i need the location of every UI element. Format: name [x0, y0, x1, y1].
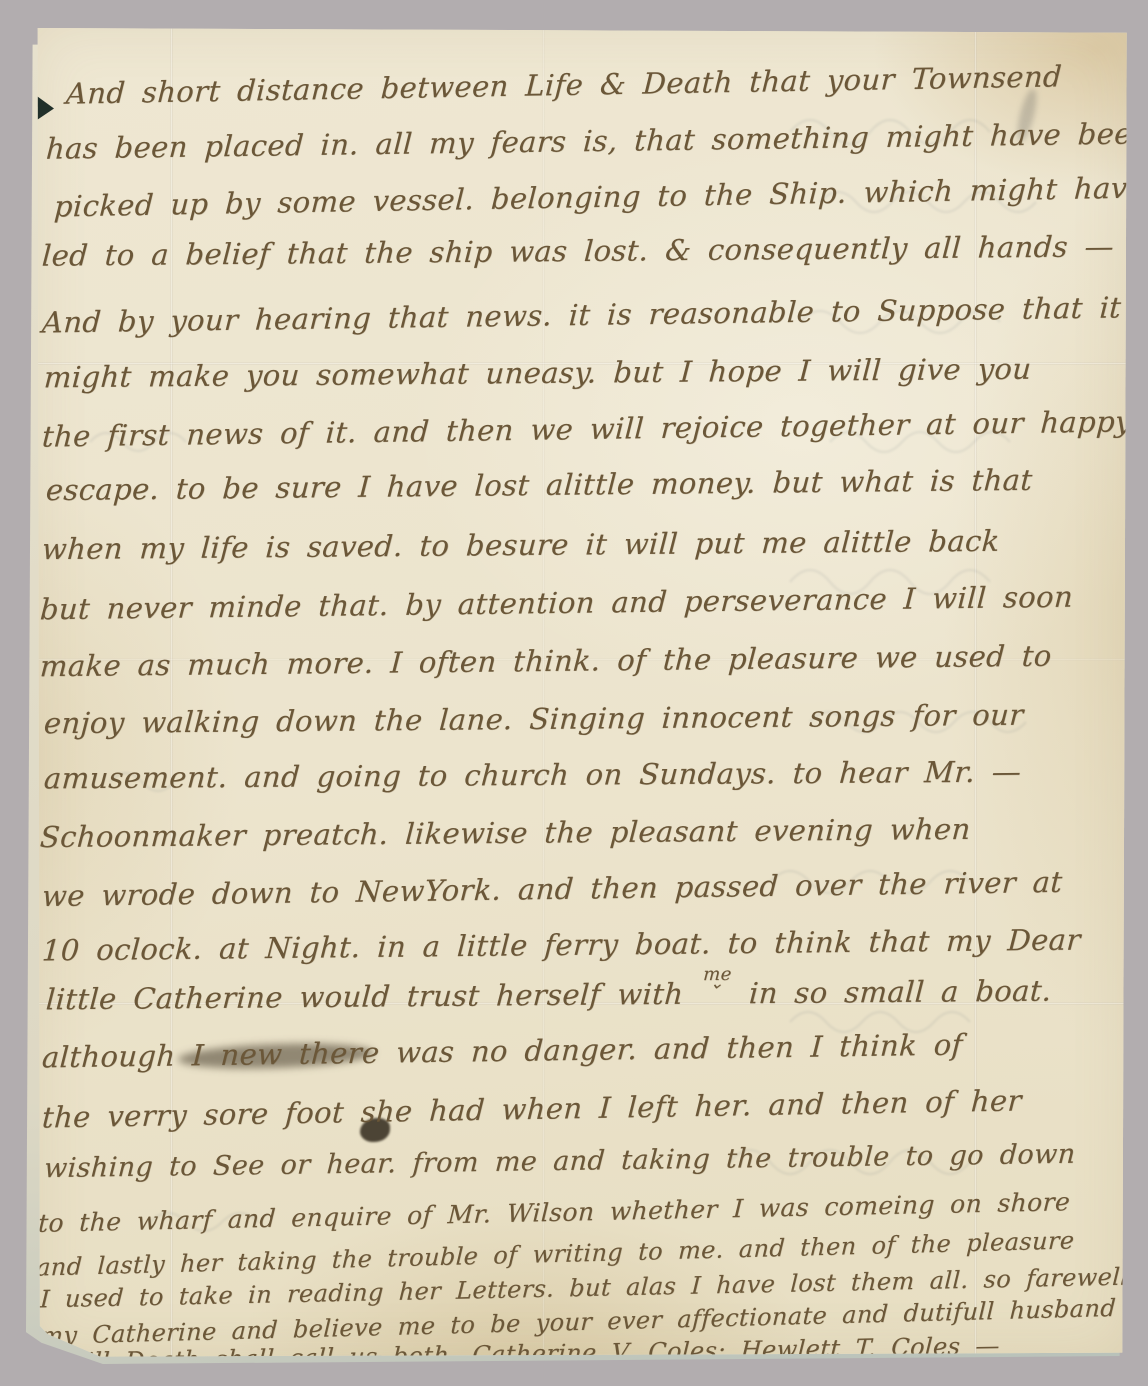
letter-line: little Catherine would trust herself wit…: [45, 974, 1053, 1017]
letter-line: might make you somewhat uneasy. but I ho…: [43, 352, 1032, 395]
letter-line: when my life is saved. to besure it will…: [41, 524, 1001, 566]
letter-line: amusement. and going to church on Sunday…: [43, 755, 1022, 796]
interlinear-insertion: me: [703, 964, 733, 985]
letter-line: led to a belief that the ship was lost. …: [41, 229, 1115, 272]
letter-line: picked up by some vessel. belonging to t…: [53, 170, 1146, 223]
letter-line: escape. to be sure I have lost alittle m…: [45, 463, 1033, 507]
letter-line: Schoonmaker preatch. likewise the pleasa…: [39, 812, 972, 854]
letter-scan: And short distance between Life & Death …: [0, 0, 1148, 1386]
letter-line: wishing to See or hear. from me and taki…: [43, 1139, 1076, 1184]
letter-line: the verry sore foot she had when I left …: [41, 1083, 1023, 1134]
letter-line: although I new there was no danger. and …: [41, 1028, 964, 1075]
letter-line: And short distance between Life & Death …: [65, 59, 1063, 110]
letter-line: has been placed in. all my fears is, tha…: [45, 116, 1148, 165]
letter-line: And by your hearing that news. it is rea…: [41, 290, 1122, 339]
letter-line: we wrode down to NewYork. and then passe…: [41, 865, 1063, 913]
letter-line: but never minde that. by attention and p…: [39, 580, 1074, 627]
letter-line: make as much more. I often think. of the…: [39, 639, 1053, 684]
letter-page: And short distance between Life & Death …: [30, 22, 1130, 1358]
letter-line: enjoy walking down the lane. Singing inn…: [43, 698, 1025, 741]
letter-line: the first news of it. and then we will r…: [41, 404, 1133, 453]
letter-line: 10 oclock. at Night. in a little ferry b…: [41, 923, 1082, 968]
letter-body: And short distance between Life & Death …: [30, 22, 1130, 1358]
